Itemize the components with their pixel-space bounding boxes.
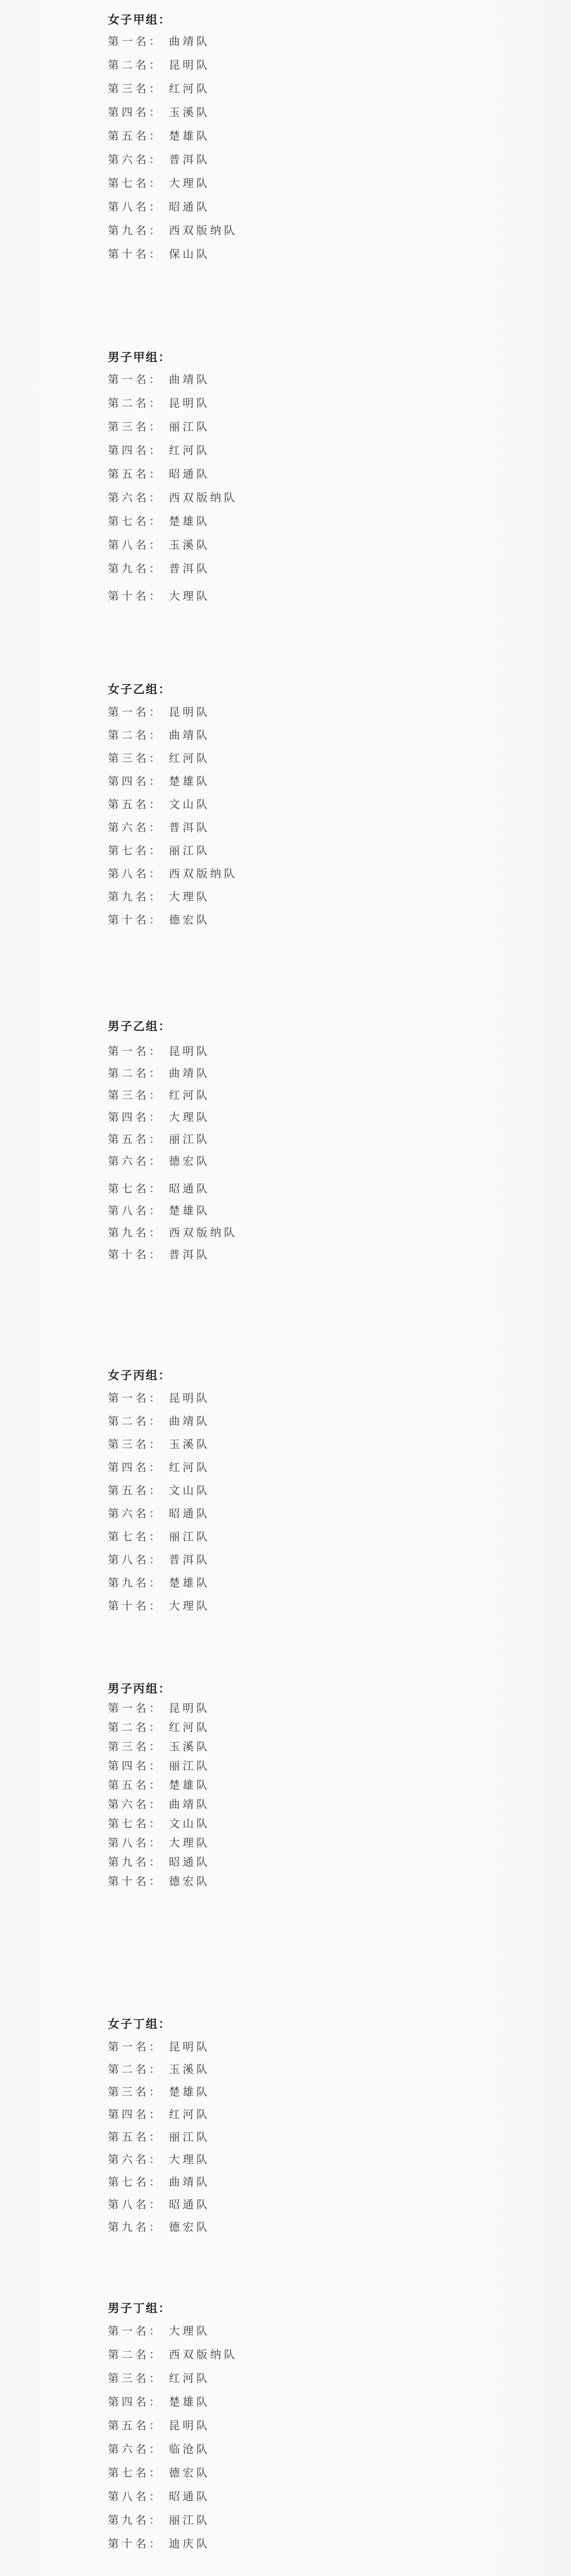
rank-label: 第一名：: [108, 2041, 163, 2053]
ranking-entry: 第十名：保山队: [108, 248, 538, 272]
section-entries: 第一名：曲靖队 第二名：昆明队 第三名：红河队 第四名：玉溪队 第五名：楚雄队 …: [108, 36, 538, 272]
rank-label: 第九名：: [108, 1227, 163, 1239]
team-name: 大理队: [169, 1112, 210, 1124]
ranking-entry: 第八名：昭通队: [108, 2199, 538, 2221]
ranking-section: 男子丁组： 第一名：大理队 第二名：西双版纳队 第三名：红河队 第四名：楚雄队 …: [108, 2302, 538, 2562]
rank-label: 第一名：: [108, 1702, 163, 1715]
team-name: 楚雄队: [169, 2086, 210, 2098]
rank-label: 第八名：: [108, 539, 163, 551]
ranking-entry: 第五名：昭通队: [108, 468, 538, 492]
team-name: 大理队: [169, 178, 210, 190]
ranking-entry: 第一名：昆明队: [108, 1046, 538, 1068]
rank-label: 第五名：: [108, 1779, 163, 1792]
rank-label: 第七名：: [108, 516, 163, 528]
team-name: 楚雄队: [169, 1205, 210, 1217]
rank-label: 第二名：: [108, 729, 163, 742]
team-name: 普洱队: [169, 154, 210, 166]
team-name: 西双版纳队: [169, 1227, 238, 1239]
ranking-entry: 第八名：昭通队: [108, 2491, 538, 2514]
ranking-entry: 第五名：昆明队: [108, 2420, 538, 2444]
rank-label: 第一名：: [108, 2325, 163, 2337]
ranking-entry: 第八名：楚雄队: [108, 1205, 538, 1227]
ranking-entry: 第十名：德宏队: [108, 914, 538, 937]
rank-label: 第六名：: [108, 822, 163, 834]
team-name: 昆明队: [169, 706, 210, 718]
rank-label: 第十名：: [108, 1876, 163, 1888]
ranking-entry: 第一名：昆明队: [108, 1702, 538, 1722]
rank-label: 第四名：: [108, 107, 163, 119]
team-name: 丽江队: [169, 1760, 210, 1772]
team-name: 迪庆队: [169, 2538, 210, 2550]
rank-label: 第三名：: [108, 1741, 163, 1753]
rank-label: 第十名：: [108, 590, 163, 602]
ranking-entry: 第九名：西双版纳队: [108, 1227, 538, 1249]
ranking-entry: 第三名：丽江队: [108, 421, 538, 445]
team-name: 昭通队: [169, 1183, 210, 1195]
team-name: 楚雄队: [169, 130, 210, 142]
team-name: 昭通队: [169, 468, 210, 480]
section-title: 男子甲组：: [108, 351, 538, 365]
rank-label: 第七名：: [108, 845, 163, 857]
section-title: 女子丁组：: [108, 2017, 538, 2032]
team-name: 楚雄队: [169, 516, 210, 528]
rank-label: 第三名：: [108, 753, 163, 765]
rank-label: 第四名：: [108, 2396, 163, 2408]
team-name: 昭通队: [169, 2491, 210, 2503]
ranking-section: 女子丁组： 第一名：昆明队 第二名：玉溪队 第三名：楚雄队 第四名：红河队 第五…: [108, 2017, 538, 2244]
rank-label: 第九名：: [108, 891, 163, 903]
team-name: 红河队: [169, 753, 210, 765]
ranking-entry: 第五名：丽江队: [108, 1134, 538, 1156]
ranking-entry: 第八名：玉溪队: [108, 539, 538, 563]
ranking-entry: 第四名：丽江队: [108, 1760, 538, 1779]
team-name: 大理队: [169, 590, 210, 602]
ranking-entry: 第六名：曲靖队: [108, 1799, 538, 1818]
team-name: 文山队: [169, 1485, 210, 1497]
rank-label: 第二名：: [108, 397, 163, 410]
rank-label: 第七名：: [108, 1183, 163, 1195]
ranking-entry: 第六名：德宏队: [108, 1156, 538, 1178]
ranking-entry: 第五名：楚雄队: [108, 1779, 538, 1799]
section-title: 男子乙组：: [108, 1020, 538, 1034]
team-name: 昆明队: [169, 1702, 210, 1715]
ranking-entry: 第六名：普洱队: [108, 822, 538, 845]
rank-label: 第三名：: [108, 1090, 163, 1102]
ranking-entry: 第七名：文山队: [108, 1818, 538, 1837]
rank-label: 第一名：: [108, 706, 163, 718]
team-name: 大理队: [169, 1600, 210, 1612]
ranking-entry: 第四名：楚雄队: [108, 776, 538, 799]
section-title: 女子丙组：: [108, 1369, 538, 1383]
ranking-entry: 第二名：曲靖队: [108, 729, 538, 753]
team-name: 丽江队: [169, 1134, 210, 1146]
section-title: 女子乙组：: [108, 683, 538, 697]
team-name: 保山队: [169, 248, 210, 261]
ranking-entry: 第三名：红河队: [108, 2373, 538, 2396]
team-name: 玉溪队: [169, 1741, 210, 1753]
section-entries: 第一名：曲靖队 第二名：昆明队 第三名：丽江队 第四名：红河队 第五名：昭通队 …: [108, 374, 538, 614]
ranking-entry: 第十名：迪庆队: [108, 2538, 538, 2562]
ranking-entry: 第三名：楚雄队: [108, 2086, 538, 2109]
team-name: 丽江队: [169, 421, 210, 433]
team-name: 普洱队: [169, 1249, 210, 1261]
team-name: 大理队: [169, 891, 210, 903]
ranking-entry: 第九名：大理队: [108, 891, 538, 914]
team-name: 红河队: [169, 2109, 210, 2121]
team-name: 西双版纳队: [169, 225, 238, 237]
rank-label: 第五名：: [108, 1134, 163, 1146]
ranking-entry: 第八名：普洱队: [108, 1554, 538, 1577]
rank-label: 第八名：: [108, 2199, 163, 2211]
team-name: 玉溪队: [169, 107, 210, 119]
rank-label: 第六名：: [108, 492, 163, 504]
ranking-entry: 第四名：楚雄队: [108, 2396, 538, 2420]
rank-label: 第九名：: [108, 563, 163, 575]
ranking-entry: 第七名：大理队: [108, 178, 538, 201]
team-name: 丽江队: [169, 1531, 210, 1543]
team-name: 西双版纳队: [169, 492, 238, 504]
ranking-entry: 第二名：昆明队: [108, 59, 538, 83]
ranking-entry: 第九名：德宏队: [108, 2221, 538, 2244]
team-name: 丽江队: [169, 2131, 210, 2143]
team-name: 昆明队: [169, 1046, 210, 1058]
rank-label: 第二名：: [108, 1416, 163, 1428]
rank-label: 第九名：: [108, 1856, 163, 1869]
team-name: 大理队: [169, 1837, 210, 1849]
rank-label: 第三名：: [108, 2373, 163, 2385]
rank-label: 第三名：: [108, 83, 163, 95]
team-name: 普洱队: [169, 1554, 210, 1566]
team-name: 昆明队: [169, 59, 210, 71]
ranking-entry: 第一名：曲靖队: [108, 374, 538, 397]
rank-label: 第五名：: [108, 2420, 163, 2432]
rank-label: 第四名：: [108, 1462, 163, 1474]
team-name: 曲靖队: [169, 1416, 210, 1428]
team-name: 德宏队: [169, 2467, 210, 2479]
ranking-entry: 第三名：红河队: [108, 83, 538, 107]
team-name: 曲靖队: [169, 1068, 210, 1080]
ranking-entry: 第十名：大理队: [108, 1600, 538, 1623]
ranking-entry: 第四名：大理队: [108, 1112, 538, 1134]
team-name: 红河队: [169, 1090, 210, 1102]
rank-label: 第五名：: [108, 2131, 163, 2143]
ranking-entry: 第九名：楚雄队: [108, 1577, 538, 1600]
rank-label: 第一名：: [108, 374, 163, 386]
team-name: 楚雄队: [169, 1577, 210, 1589]
section-entries: 第一名：昆明队 第二名：玉溪队 第三名：楚雄队 第四名：红河队 第五名：丽江队 …: [108, 2041, 538, 2244]
rank-label: 第三名：: [108, 1439, 163, 1451]
ranking-entry: 第七名：丽江队: [108, 845, 538, 868]
team-name: 曲靖队: [169, 2176, 210, 2188]
team-name: 昭通队: [169, 1856, 210, 1869]
rank-label: 第七名：: [108, 1818, 163, 1830]
section-title: 男子丁组：: [108, 2302, 538, 2316]
ranking-entry: 第六名：临沧队: [108, 2444, 538, 2467]
rank-label: 第五名：: [108, 468, 163, 480]
rank-label: 第八名：: [108, 1205, 163, 1217]
rank-label: 第八名：: [108, 1554, 163, 1566]
rank-label: 第六名：: [108, 2154, 163, 2166]
team-name: 红河队: [169, 2373, 210, 2385]
ranking-entry: 第六名：西双版纳队: [108, 492, 538, 516]
team-name: 丽江队: [169, 2514, 210, 2527]
rank-label: 第九名：: [108, 225, 163, 237]
rank-label: 第四名：: [108, 1112, 163, 1124]
section-entries: 第一名：昆明队 第二名：红河队 第三名：玉溪队 第四名：丽江队 第五名：楚雄队 …: [108, 1702, 538, 1895]
ranking-entry: 第五名：丽江队: [108, 2131, 538, 2154]
rank-label: 第六名：: [108, 2444, 163, 2456]
ranking-entry: 第七名：丽江队: [108, 1531, 538, 1554]
team-name: 普洱队: [169, 563, 210, 575]
ranking-document: 女子甲组： 第一名：曲靖队 第二名：昆明队 第三名：红河队 第四名：玉溪队 第五…: [0, 0, 571, 2576]
ranking-entry: 第二名：曲靖队: [108, 1416, 538, 1439]
rank-label: 第二名：: [108, 2349, 163, 2361]
ranking-entry: 第一名：昆明队: [108, 2041, 538, 2064]
ranking-entry: 第一名：大理队: [108, 2325, 538, 2349]
rank-label: 第四名：: [108, 445, 163, 457]
rank-label: 第八名：: [108, 1837, 163, 1849]
ranking-section: 女子丙组： 第一名：昆明队 第二名：曲靖队 第三名：玉溪队 第四名：红河队 第五…: [108, 1369, 538, 1623]
ranking-section: 男子甲组： 第一名：曲靖队 第二名：昆明队 第三名：丽江队 第四名：红河队 第五…: [108, 351, 538, 614]
ranking-entry: 第四名：红河队: [108, 1462, 538, 1485]
rank-label: 第八名：: [108, 2491, 163, 2503]
team-name: 昭通队: [169, 1508, 210, 1520]
team-name: 楚雄队: [169, 2396, 210, 2408]
rank-label: 第六名：: [108, 1508, 163, 1520]
rank-label: 第二名：: [108, 2064, 163, 2076]
ranking-entry: 第四名：红河队: [108, 2109, 538, 2131]
ranking-entry: 第六名：昭通队: [108, 1508, 538, 1531]
team-name: 大理队: [169, 2325, 210, 2337]
ranking-section: 女子乙组： 第一名：昆明队 第二名：曲靖队 第三名：红河队 第四名：楚雄队 第五…: [108, 683, 538, 937]
rank-label: 第八名：: [108, 868, 163, 880]
ranking-entry: 第五名：楚雄队: [108, 130, 538, 154]
team-name: 德宏队: [169, 1156, 210, 1168]
rank-label: 第七名：: [108, 1531, 163, 1543]
team-name: 丽江队: [169, 845, 210, 857]
team-name: 西双版纳队: [169, 2349, 238, 2361]
team-name: 昆明队: [169, 2420, 210, 2432]
rank-label: 第四名：: [108, 776, 163, 788]
team-name: 玉溪队: [169, 539, 210, 551]
team-name: 昭通队: [169, 2199, 210, 2211]
team-name: 文山队: [169, 799, 210, 811]
ranking-entry: 第一名：昆明队: [108, 706, 538, 729]
team-name: 曲靖队: [169, 1799, 210, 1811]
section-entries: 第一名：大理队 第二名：西双版纳队 第三名：红河队 第四名：楚雄队 第五名：昆明…: [108, 2325, 538, 2562]
ranking-entry: 第二名：红河队: [108, 1722, 538, 1741]
ranking-entry: 第七名：昭通队: [108, 1183, 538, 1205]
ranking-entry: 第九名：丽江队: [108, 2514, 538, 2538]
ranking-entry: 第二名：西双版纳队: [108, 2349, 538, 2373]
team-name: 曲靖队: [169, 729, 210, 742]
rank-label: 第一名：: [108, 1392, 163, 1405]
rank-label: 第一名：: [108, 36, 163, 48]
rank-label: 第十名：: [108, 914, 163, 926]
team-name: 德宏队: [169, 2221, 210, 2234]
rank-label: 第二名：: [108, 59, 163, 71]
team-name: 大理队: [169, 2154, 210, 2166]
rank-label: 第五名：: [108, 1485, 163, 1497]
team-name: 红河队: [169, 1462, 210, 1474]
ranking-section: 男子乙组： 第一名：昆明队 第二名：曲靖队 第三名：红河队 第四名：大理队 第五…: [108, 1020, 538, 1271]
ranking-entry: 第九名：普洱队: [108, 563, 538, 587]
ranking-entry: 第四名：红河队: [108, 445, 538, 468]
ranking-entry: 第四名：玉溪队: [108, 107, 538, 130]
team-name: 德宏队: [169, 1876, 210, 1888]
team-name: 玉溪队: [169, 1439, 210, 1451]
team-name: 楚雄队: [169, 1779, 210, 1792]
ranking-entry: 第八名：昭通队: [108, 201, 538, 225]
rank-label: 第三名：: [108, 2086, 163, 2098]
ranking-entry: 第五名：文山队: [108, 799, 538, 822]
team-name: 昆明队: [169, 1392, 210, 1405]
ranking-entry: 第二名：昆明队: [108, 397, 538, 421]
rank-label: 第七名：: [108, 178, 163, 190]
ranking-entry: 第七名：曲靖队: [108, 2176, 538, 2199]
ranking-entry: 第三名：玉溪队: [108, 1741, 538, 1760]
rank-label: 第六名：: [108, 154, 163, 166]
team-name: 文山队: [169, 1818, 210, 1830]
rank-label: 第四名：: [108, 2109, 163, 2121]
team-name: 昭通队: [169, 201, 210, 213]
team-name: 西双版纳队: [169, 868, 238, 880]
ranking-entry: 第一名：曲靖队: [108, 36, 538, 59]
team-name: 曲靖队: [169, 374, 210, 386]
section-title: 男子丙组：: [108, 1682, 538, 1696]
ranking-entry: 第九名：昭通队: [108, 1856, 538, 1876]
rank-label: 第五名：: [108, 799, 163, 811]
section-title: 女子甲组：: [108, 13, 538, 27]
rank-label: 第十名：: [108, 2538, 163, 2550]
ranking-entry: 第二名：曲靖队: [108, 1068, 538, 1090]
rank-label: 第二名：: [108, 1722, 163, 1734]
ranking-entry: 第七名：德宏队: [108, 2467, 538, 2491]
team-name: 昆明队: [169, 2041, 210, 2053]
rank-label: 第十名：: [108, 1600, 163, 1612]
ranking-entry: 第三名：玉溪队: [108, 1439, 538, 1462]
rank-label: 第三名：: [108, 421, 163, 433]
team-name: 红河队: [169, 83, 210, 95]
ranking-entry: 第十名：普洱队: [108, 1249, 538, 1271]
rank-label: 第一名：: [108, 1046, 163, 1058]
rank-label: 第七名：: [108, 2176, 163, 2188]
ranking-entry: 第三名：红河队: [108, 1090, 538, 1112]
ranking-entry: 第十名：德宏队: [108, 1876, 538, 1895]
rank-label: 第六名：: [108, 1156, 163, 1168]
ranking-entry: 第六名：大理队: [108, 2154, 538, 2176]
ranking-section: 男子丙组： 第一名：昆明队 第二名：红河队 第三名：玉溪队 第四名：丽江队 第五…: [108, 1682, 538, 1895]
ranking-entry: 第六名：普洱队: [108, 154, 538, 178]
ranking-section: 女子甲组： 第一名：曲靖队 第二名：昆明队 第三名：红河队 第四名：玉溪队 第五…: [108, 13, 538, 272]
section-entries: 第一名：昆明队 第二名：曲靖队 第三名：红河队 第四名：楚雄队 第五名：文山队 …: [108, 706, 538, 937]
team-name: 昆明队: [169, 397, 210, 410]
rank-label: 第五名：: [108, 130, 163, 142]
section-entries: 第一名：昆明队 第二名：曲靖队 第三名：玉溪队 第四名：红河队 第五名：文山队 …: [108, 1392, 538, 1623]
ranking-entry: 第二名：玉溪队: [108, 2064, 538, 2086]
section-entries: 第一名：昆明队 第二名：曲靖队 第三名：红河队 第四名：大理队 第五名：丽江队 …: [108, 1046, 538, 1271]
rank-label: 第十名：: [108, 1249, 163, 1261]
rank-label: 第九名：: [108, 2514, 163, 2527]
team-name: 德宏队: [169, 914, 210, 926]
rank-label: 第十名：: [108, 248, 163, 261]
rank-label: 第九名：: [108, 1577, 163, 1589]
ranking-entry: 第三名：红河队: [108, 753, 538, 776]
ranking-entry: 第一名：昆明队: [108, 1392, 538, 1416]
ranking-entry: 第九名：西双版纳队: [108, 225, 538, 248]
team-name: 临沧队: [169, 2444, 210, 2456]
rank-label: 第七名：: [108, 2467, 163, 2479]
ranking-entry: 第八名：西双版纳队: [108, 868, 538, 891]
ranking-entry: 第五名：文山队: [108, 1485, 538, 1508]
rank-label: 第九名：: [108, 2221, 163, 2234]
ranking-entry: 第十名：大理队: [108, 590, 538, 614]
rank-label: 第二名：: [108, 1068, 163, 1080]
ranking-entry: 第七名：楚雄队: [108, 516, 538, 539]
team-name: 曲靖队: [169, 36, 210, 48]
team-name: 楚雄队: [169, 776, 210, 788]
team-name: 普洱队: [169, 822, 210, 834]
team-name: 玉溪队: [169, 2064, 210, 2076]
rank-label: 第六名：: [108, 1799, 163, 1811]
team-name: 红河队: [169, 445, 210, 457]
ranking-entry: 第八名：大理队: [108, 1837, 538, 1856]
team-name: 红河队: [169, 1722, 210, 1734]
rank-label: 第四名：: [108, 1760, 163, 1772]
rank-label: 第八名：: [108, 201, 163, 213]
